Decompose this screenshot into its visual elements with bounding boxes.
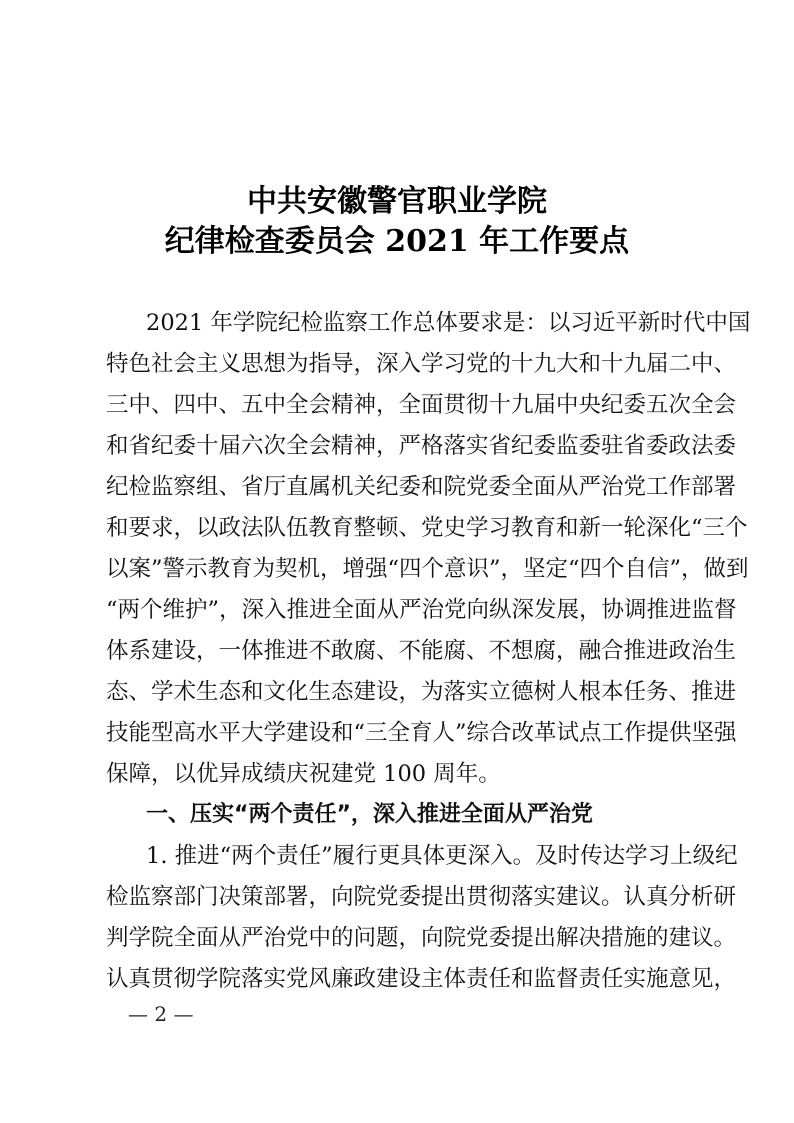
document-title-line2: 纪律检查委员会 2021 年工作要点 <box>0 222 794 262</box>
paragraph-line: 和要求，以政法队伍教育整顿、党史学习教育和新一轮深化“三个 <box>106 513 690 543</box>
paragraph-line: 保障，以优异成绩庆祝建党 100 周年。 <box>106 759 690 789</box>
paragraph-line: 2021 年学院纪检监察工作总体要求是：以习近平新时代中国 <box>146 308 690 338</box>
paragraph-line: 和省纪委十届六次全会精神，严格落实省纪委监委驻省委政法委 <box>106 431 690 461</box>
paragraph-line: 体系建设，一体推进不敢腐、不能腐、不想腐，融合推进政治生 <box>106 636 690 666</box>
paragraph-line: 检监察部门决策部署，向院党委提出贯彻落实建议。认真分析研 <box>106 882 690 912</box>
paragraph-line: 判学院全面从严治党中的问题，向院党委提出解决措施的建议。 <box>106 923 690 953</box>
paragraph-line: 以案”警示教育为契机，增强“四个意识”，坚定“四个自信”，做到 <box>106 554 690 584</box>
page-number: — 2 — <box>128 1002 193 1026</box>
paragraph-line: 三中、四中、五中全会精神，全面贯彻十九届中央纪委五次全会 <box>106 390 690 420</box>
paragraph-line: 态、学术生态和文化生态建设，为落实立德树人根本任务、推进 <box>106 677 690 707</box>
paragraph-line: 认真贯彻学院落实党风廉政建设主体责任和监督责任实施意见， <box>106 964 690 994</box>
document-title-line1: 中共安徽警官职业学院 <box>0 182 794 222</box>
paragraph-line: 纪检监察组、省厅直属机关纪委和院党委全面从严治党工作部署 <box>106 472 690 502</box>
paragraph-line: 技能型高水平大学建设和“三全育人”综合改革试点工作提供坚强 <box>106 718 690 748</box>
section-heading: 一、压实“两个责任”，深入推进全面从严治党 <box>146 800 593 830</box>
paragraph-line: 特色社会主义思想为指导，深入学习党的十九大和十九届二中、 <box>106 349 690 379</box>
paragraph-line: “两个维护”，深入推进全面从严治党向纵深发展，协调推进监督 <box>106 595 690 625</box>
paragraph-line: 1. 推进“两个责任”履行更具体更深入。及时传达学习上级纪 <box>146 841 690 871</box>
